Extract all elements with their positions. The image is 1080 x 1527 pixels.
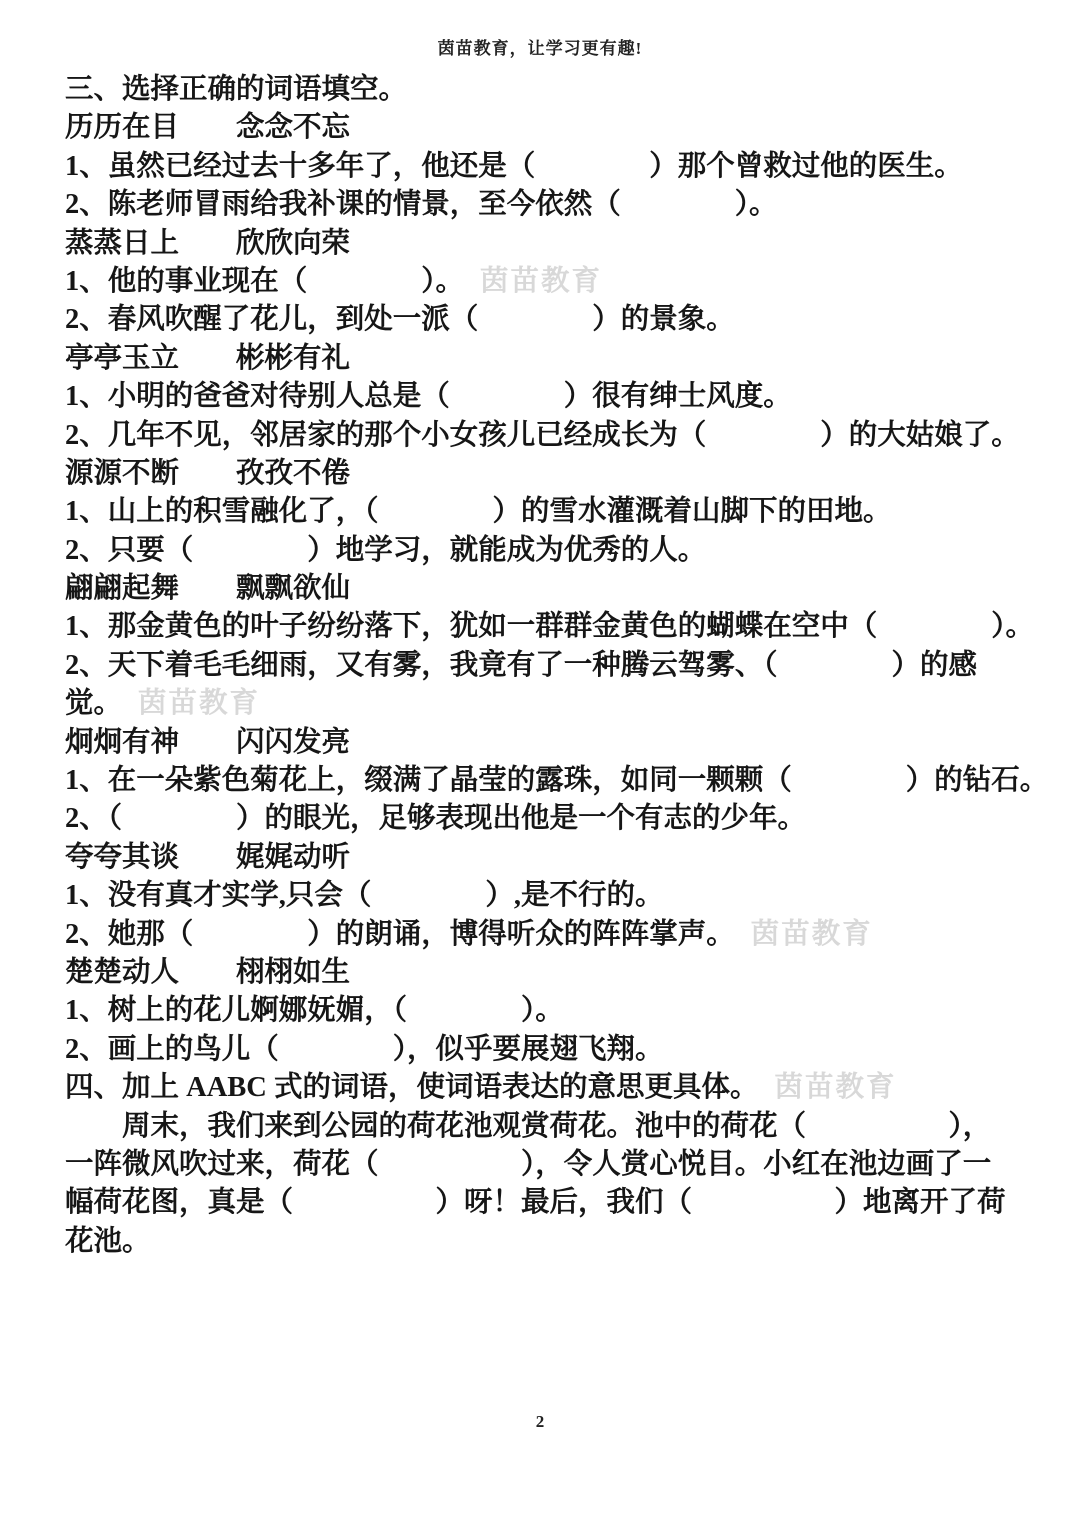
line-text: 1、树上的花儿婀娜妩媚，（ ）。 [65, 995, 564, 1026]
exercise-sentence: 1、小明的爸爸对待别人总是（ ）很有绅士风度。 [65, 378, 1050, 416]
line-text: 1、在一朵紫色菊花上，缀满了晶莹的露珠，如同一颗颗（ ）的钻石。 [65, 765, 1048, 796]
idiom-options-line: 历历在目 念念不忘 [65, 109, 1050, 147]
page-number: 2 [0, 1412, 1080, 1432]
worksheet-content: 三、选择正确的词语填空。历历在目 念念不忘1、虽然已经过去十多年了，他还是（ ）… [65, 71, 1050, 1261]
idiom-options-line: 楚楚动人 栩栩如生 [65, 954, 1050, 992]
exercise-sentence: 1、没有真才实学,只会（ ）,是不行的。 [65, 877, 1050, 915]
line-text: 2、春风吹醒了花儿，到处一派（ ）的景象。 [65, 304, 735, 335]
inline-watermark: 茵苗教育 [775, 1072, 897, 1103]
exercise-sentence: 2、春风吹醒了花儿，到处一派（ ）的景象。 [65, 301, 1050, 339]
line-text: 蒸蒸日上 欣欣向荣 [65, 228, 350, 259]
inline-watermark: 茵苗教育 [480, 266, 602, 297]
line-text: 1、虽然已经过去十多年了，他还是（ ）那个曾救过他的医生。 [65, 151, 963, 182]
line-text: 1、那金黄色的叶子纷纷落下，犹如一群群金黄色的蝴蝶在空中（ ）。 [65, 611, 1034, 642]
line-text: 1、他的事业现在（ ）。 [65, 266, 464, 297]
line-text: 花池。 [65, 1226, 151, 1257]
line-text: 亭亭玉立 彬彬有礼 [65, 343, 350, 374]
page-header-text: 茵苗教育，让学习更有趣! [0, 34, 1080, 59]
idiom-options-line: 亭亭玉立 彬彬有礼 [65, 340, 1050, 378]
worksheet-page: 茵苗教育，让学习更有趣! 三、选择正确的词语填空。历历在目 念念不忘1、虽然已经… [0, 0, 1080, 1527]
section-heading: 四、加上 AABC 式的词语，使词语表达的意思更具体。茵苗教育 [65, 1069, 1050, 1107]
inline-watermark: 茵苗教育 [751, 919, 873, 950]
exercise-sentence: 2、画上的鸟儿（ ），似乎要展翅飞翔。 [65, 1031, 1050, 1069]
exercise-sentence: 1、虽然已经过去十多年了，他还是（ ）那个曾救过他的医生。 [65, 148, 1050, 186]
line-text: 2、陈老师冒雨给我补课的情景，至今依然（ ）。 [65, 189, 778, 220]
line-text: 2、天下着毛毛细雨，又有雾，我竟有了一种腾云驾雾、（ ）的感 [65, 650, 977, 681]
exercise-sentence: 1、树上的花儿婀娜妩媚，（ ）。 [65, 992, 1050, 1030]
exercise-sentence: 1、那金黄色的叶子纷纷落下，犹如一群群金黄色的蝴蝶在空中（ ）。 [65, 608, 1050, 646]
exercise-paragraph: 周末，我们来到公园的荷花池观赏荷花。池中的荷花（ ）， [65, 1108, 1050, 1146]
line-text: 四、加上 AABC 式的词语，使词语表达的意思更具体。 [65, 1072, 759, 1103]
line-text: 1、没有真才实学,只会（ ）,是不行的。 [65, 880, 664, 911]
inline-watermark: 茵苗教育 [138, 688, 260, 719]
exercise-sentence: 2、陈老师冒雨给我补课的情景，至今依然（ ）。 [65, 186, 1050, 224]
line-text: 2、她那（ ）的朗诵，博得听众的阵阵掌声。 [65, 919, 735, 950]
exercise-sentence: 2、她那（ ）的朗诵，博得听众的阵阵掌声。茵苗教育 [65, 916, 1050, 954]
line-text: 2、几年不见，邻居家的那个小女孩儿已经成长为（ ）的大姑娘了。 [65, 420, 1020, 451]
exercise-paragraph: 一阵微风吹过来，荷花（ ），令人赏心悦目。小红在池边画了一 [65, 1146, 1050, 1184]
exercise-sentence: 1、山上的积雪融化了，（ ）的雪水灌溉着山脚下的田地。 [65, 493, 1050, 531]
idiom-options-line: 夸夸其谈 娓娓动听 [65, 839, 1050, 877]
line-text: 三、选择正确的词语填空。 [65, 74, 407, 105]
exercise-sentence: 2、（ ）的眼光，足够表现出他是一个有志的少年。 [65, 800, 1050, 838]
line-text: 源源不断 孜孜不倦 [65, 458, 350, 489]
idiom-options-line: 翩翩起舞 飘飘欲仙 [65, 570, 1050, 608]
exercise-sentence: 2、只要（ ）地学习，就能成为优秀的人。 [65, 532, 1050, 570]
line-text: 翩翩起舞 飘飘欲仙 [65, 573, 350, 604]
line-text: 2、画上的鸟儿（ ），似乎要展翅飞翔。 [65, 1034, 664, 1065]
line-text: 2、只要（ ）地学习，就能成为优秀的人。 [65, 535, 706, 566]
section-heading: 三、选择正确的词语填空。 [65, 71, 1050, 109]
exercise-sentence: 2、天下着毛毛细雨，又有雾，我竟有了一种腾云驾雾、（ ）的感 [65, 647, 1050, 685]
exercise-sentence: 1、他的事业现在（ ）。茵苗教育 [65, 263, 1050, 301]
line-text: 夸夸其谈 娓娓动听 [65, 842, 350, 873]
line-text: 1、山上的积雪融化了，（ ）的雪水灌溉着山脚下的田地。 [65, 496, 892, 527]
exercise-sentence: 1、在一朵紫色菊花上，缀满了晶莹的露珠，如同一颗颗（ ）的钻石。 [65, 762, 1050, 800]
line-text: 周末，我们来到公园的荷花池观赏荷花。池中的荷花（ ）， [65, 1111, 991, 1142]
line-text: 楚楚动人 栩栩如生 [65, 957, 350, 988]
line-text: 炯炯有神 闪闪发亮 [65, 727, 350, 758]
exercise-paragraph: 幅荷花图，真是（ ）呀！最后，我们（ ）地离开了荷 [65, 1184, 1050, 1222]
exercise-sentence: 2、几年不见，邻居家的那个小女孩儿已经成长为（ ）的大姑娘了。 [65, 417, 1050, 455]
line-text: 觉。 [65, 688, 122, 719]
idiom-options-line: 蒸蒸日上 欣欣向荣 [65, 225, 1050, 263]
line-text: 1、小明的爸爸对待别人总是（ ）很有绅士风度。 [65, 381, 792, 412]
line-text: 历历在目 念念不忘 [65, 112, 350, 143]
exercise-paragraph: 花池。 [65, 1223, 1050, 1261]
line-text: 2、（ ）的眼光，足够表现出他是一个有志的少年。 [65, 803, 806, 834]
exercise-sentence: 觉。茵苗教育 [65, 685, 1050, 723]
line-text: 一阵微风吹过来，荷花（ ），令人赏心悦目。小红在池边画了一 [65, 1149, 991, 1180]
idiom-options-line: 源源不断 孜孜不倦 [65, 455, 1050, 493]
idiom-options-line: 炯炯有神 闪闪发亮 [65, 724, 1050, 762]
line-text: 幅荷花图，真是（ ）呀！最后，我们（ ）地离开了荷 [65, 1187, 1006, 1218]
